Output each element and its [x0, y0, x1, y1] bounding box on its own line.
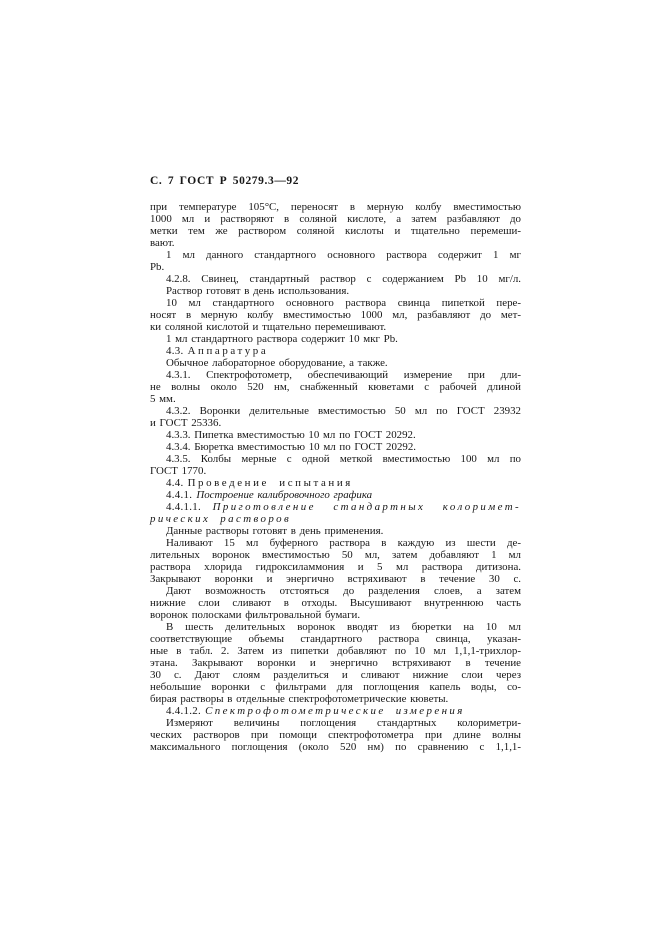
text-line: Наливают 15 мл буферного раствора в кажд…: [150, 537, 521, 549]
text-line: Pb.: [150, 261, 521, 273]
section-title: Аппаратура: [188, 345, 269, 357]
text-line: 10 мл стандартного основного раствора св…: [150, 297, 521, 309]
section-title: Спектрофотометрические измерения: [205, 705, 465, 717]
section-number: 4.4.1.2.: [166, 705, 205, 717]
text-line: Дают возможность отстояться до разделени…: [150, 585, 521, 597]
text-line: не волны около 520 нм, снабженный кювета…: [150, 381, 521, 393]
text-line: 4.4. Проведение испытания: [150, 477, 521, 489]
text-line: 4.4.1.1. Приготовление стандартных колор…: [150, 501, 521, 513]
text-line: Данные растворы готовят в день применени…: [150, 525, 521, 537]
text-line: метки тем же раствором соляной кислоты и…: [150, 225, 521, 237]
text-line: ческих растворов при помощи спектрофотом…: [150, 729, 521, 741]
text-line: Измеряют величины поглощения стандартных…: [150, 717, 521, 729]
text-line: ные в табл. 2. Затем из пипетки добавляю…: [150, 645, 521, 657]
text-line: 1 мл стандартного раствора содержит 10 м…: [150, 333, 521, 345]
text-line: 4.4.1.2. Спектрофотометрические измерени…: [150, 705, 521, 717]
text-line: вают.: [150, 237, 521, 249]
text-line: нижние слои сливают в отходы. Высушивают…: [150, 597, 521, 609]
text-line: 4.3. Аппаратура: [150, 345, 521, 357]
page-header: С. 7 ГОСТ Р 50279.3—92: [150, 175, 299, 187]
text-line: ки соляной кислотой и тщательно перемеши…: [150, 321, 521, 333]
text-line: 1 мл данного стандартного основного раст…: [150, 249, 521, 261]
text-line: соответствующие объемы стандартного раст…: [150, 633, 521, 645]
text-line: В шесть делительных воронок вводят из бю…: [150, 621, 521, 633]
text-line: Обычное лабораторное оборудование, а так…: [150, 357, 521, 369]
text-line: 1000 мл и растворяют в соляной кислоте, …: [150, 213, 521, 225]
text-line: носят в мерную колбу вместимостью 1000 м…: [150, 309, 521, 321]
section-number: 4.4.1.1.: [166, 501, 213, 513]
section-number: 4.3.: [166, 345, 188, 357]
text-line: бирая растворы в отдельные спектрофотоме…: [150, 693, 521, 705]
text-line: 30 с. Дают слоям разделиться и сливают н…: [150, 669, 521, 681]
text-line: воронок полосками фильтровальной бумаги.: [150, 609, 521, 621]
text-line: 5 мм.: [150, 393, 521, 405]
text-line: 4.3.4. Бюретка вместимостью 10 мл по ГОС…: [150, 441, 521, 453]
text-line: ГОСТ 1770.: [150, 465, 521, 477]
section-number: 4.4.1.: [166, 489, 196, 501]
text-block: при температуре 105°С, переносят в мерну…: [150, 201, 521, 753]
text-line: Раствор готовят в день использования.: [150, 285, 521, 297]
text-line: 4.3.3. Пипетка вместимостью 10 мл по ГОС…: [150, 429, 521, 441]
section-title: Приготовление стандартных колоримет-: [213, 501, 521, 513]
text-line: 4.3.2. Воронки делительные вместимостью …: [150, 405, 521, 417]
text-line: 4.3.1. Спектрофотометр, обеспечивающий и…: [150, 369, 521, 381]
text-line: 4.3.5. Колбы мерные с одной меткой вмест…: [150, 453, 521, 465]
section-number: 4.4.: [166, 477, 188, 489]
section-title: Построение калибровочного графика: [196, 489, 372, 501]
text-line: Закрывают воронки и энергично встряхиваю…: [150, 573, 521, 585]
text-line: небольшие воронки с фильтрами для поглощ…: [150, 681, 521, 693]
text-line: 4.2.8. Свинец, стандартный раствор с сод…: [150, 273, 521, 285]
text-line: при температуре 105°С, переносят в мерну…: [150, 201, 521, 213]
text-line: рических растворов: [150, 513, 521, 525]
text-line: 4.4.1. Построение калибровочного графика: [150, 489, 521, 501]
document-page: С. 7 ГОСТ Р 50279.3—92 при температуре 1…: [0, 0, 661, 935]
section-title: Проведение испытания: [188, 477, 353, 489]
text-line: этана. Закрывают воронки и энергично вст…: [150, 657, 521, 669]
text-line: лительных воронок вместимостью 50 мл, за…: [150, 549, 521, 561]
text-line: и ГОСТ 25336.: [150, 417, 521, 429]
text-line: раствора хлорида гидроксиламмония и 5 мл…: [150, 561, 521, 573]
text-line: максимального поглощения (около 520 нм) …: [150, 741, 521, 753]
